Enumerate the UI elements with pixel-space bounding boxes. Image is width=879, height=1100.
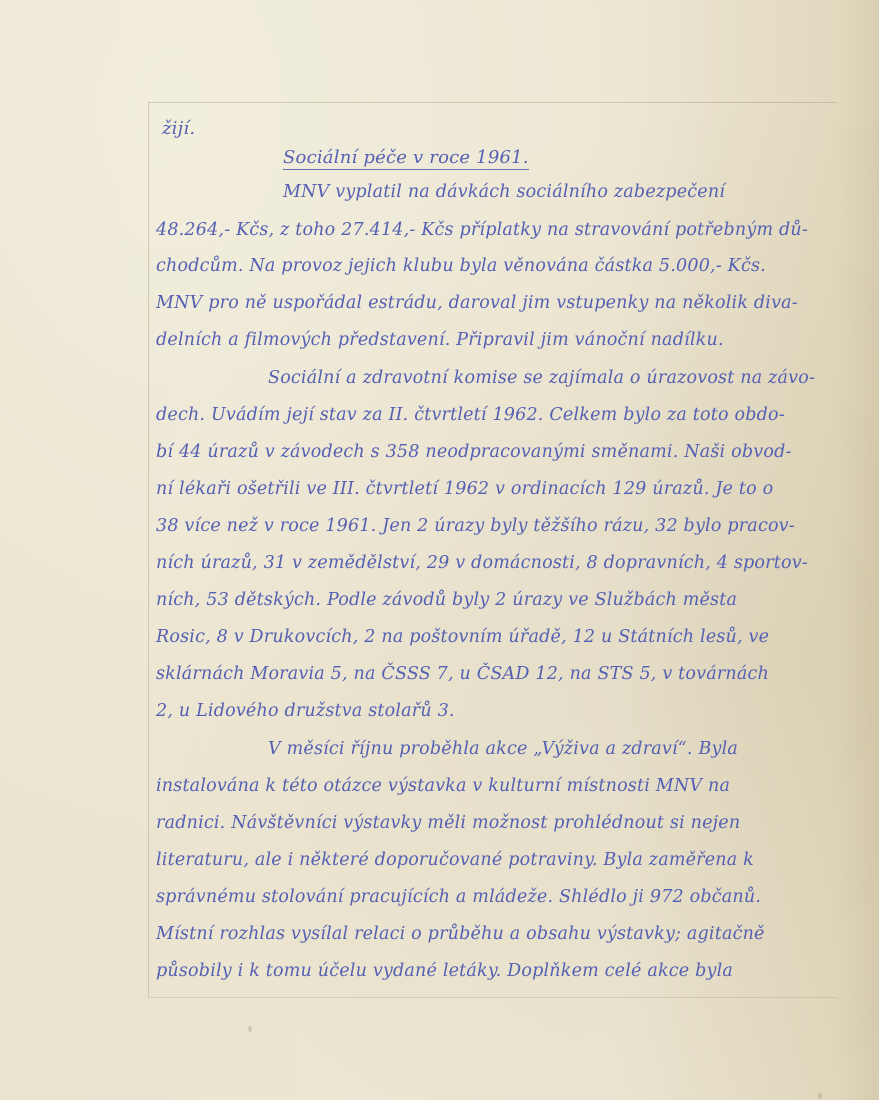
text-line-22: působily i k tomu účelu vydané letáky. D… xyxy=(156,961,733,981)
document-page: žijí. Sociální péče v roce 1961. MNV vyp… xyxy=(0,0,879,1100)
text-line-17: instalována k této otázce výstavka v kul… xyxy=(156,776,730,796)
text-line-2: 48.264,- Kčs, z toho 27.414,- Kčs přípla… xyxy=(156,220,808,240)
paper-spot xyxy=(248,1026,252,1032)
text-line-14: sklárnách Moravia 5, na ČSSS 7, u ČSAD 1… xyxy=(156,664,769,684)
section-heading: Sociální péče v roce 1961. xyxy=(283,147,529,170)
text-line-11: ních úrazů, 31 v zemědělství, 29 v domác… xyxy=(156,553,808,573)
text-line-5: delních a filmových představení. Připrav… xyxy=(156,330,724,350)
text-line-18: radnici. Návštěvníci výstavky měli možno… xyxy=(156,813,740,833)
text-line-19: literaturu, ale i některé doporučované p… xyxy=(156,850,754,870)
text-line-6: Sociální a zdravotní komise se zajímala … xyxy=(268,368,815,388)
text-line-3: chodcům. Na provoz jejich klubu byla věn… xyxy=(156,256,766,276)
text-line-9: ní lékaři ošetřili ve III. čtvrtletí 196… xyxy=(156,479,773,499)
text-line-1: MNV vyplatil na dávkách sociálního zabez… xyxy=(283,182,725,202)
text-line-16: V měsíci říjnu proběhla akce „Výživa a z… xyxy=(268,739,738,759)
text-line-10: 38 více než v roce 1961. Jen 2 úrazy byl… xyxy=(156,516,795,536)
text-line-13: Rosic, 8 v Drukovcích, 2 na poštovním úř… xyxy=(156,627,769,647)
text-line-20: správnému stolování pracujících a mládež… xyxy=(156,887,761,907)
text-line-8: bí 44 úrazů v závodech s 358 neodpracova… xyxy=(156,442,792,462)
corner-note: žijí. xyxy=(162,118,195,139)
text-line-12: ních, 53 dětských. Podle závodů byly 2 ú… xyxy=(156,590,737,610)
text-line-4: MNV pro ně uspořádal estrádu, daroval ji… xyxy=(156,293,798,313)
text-line-15: 2, u Lidového družstva stolařů 3. xyxy=(156,701,455,721)
paper-spot xyxy=(818,1093,822,1099)
text-line-7: dech. Uvádím její stav za II. čtvrtletí … xyxy=(156,405,785,425)
text-line-21: Místní rozhlas vysílal relaci o průběhu … xyxy=(156,924,765,944)
